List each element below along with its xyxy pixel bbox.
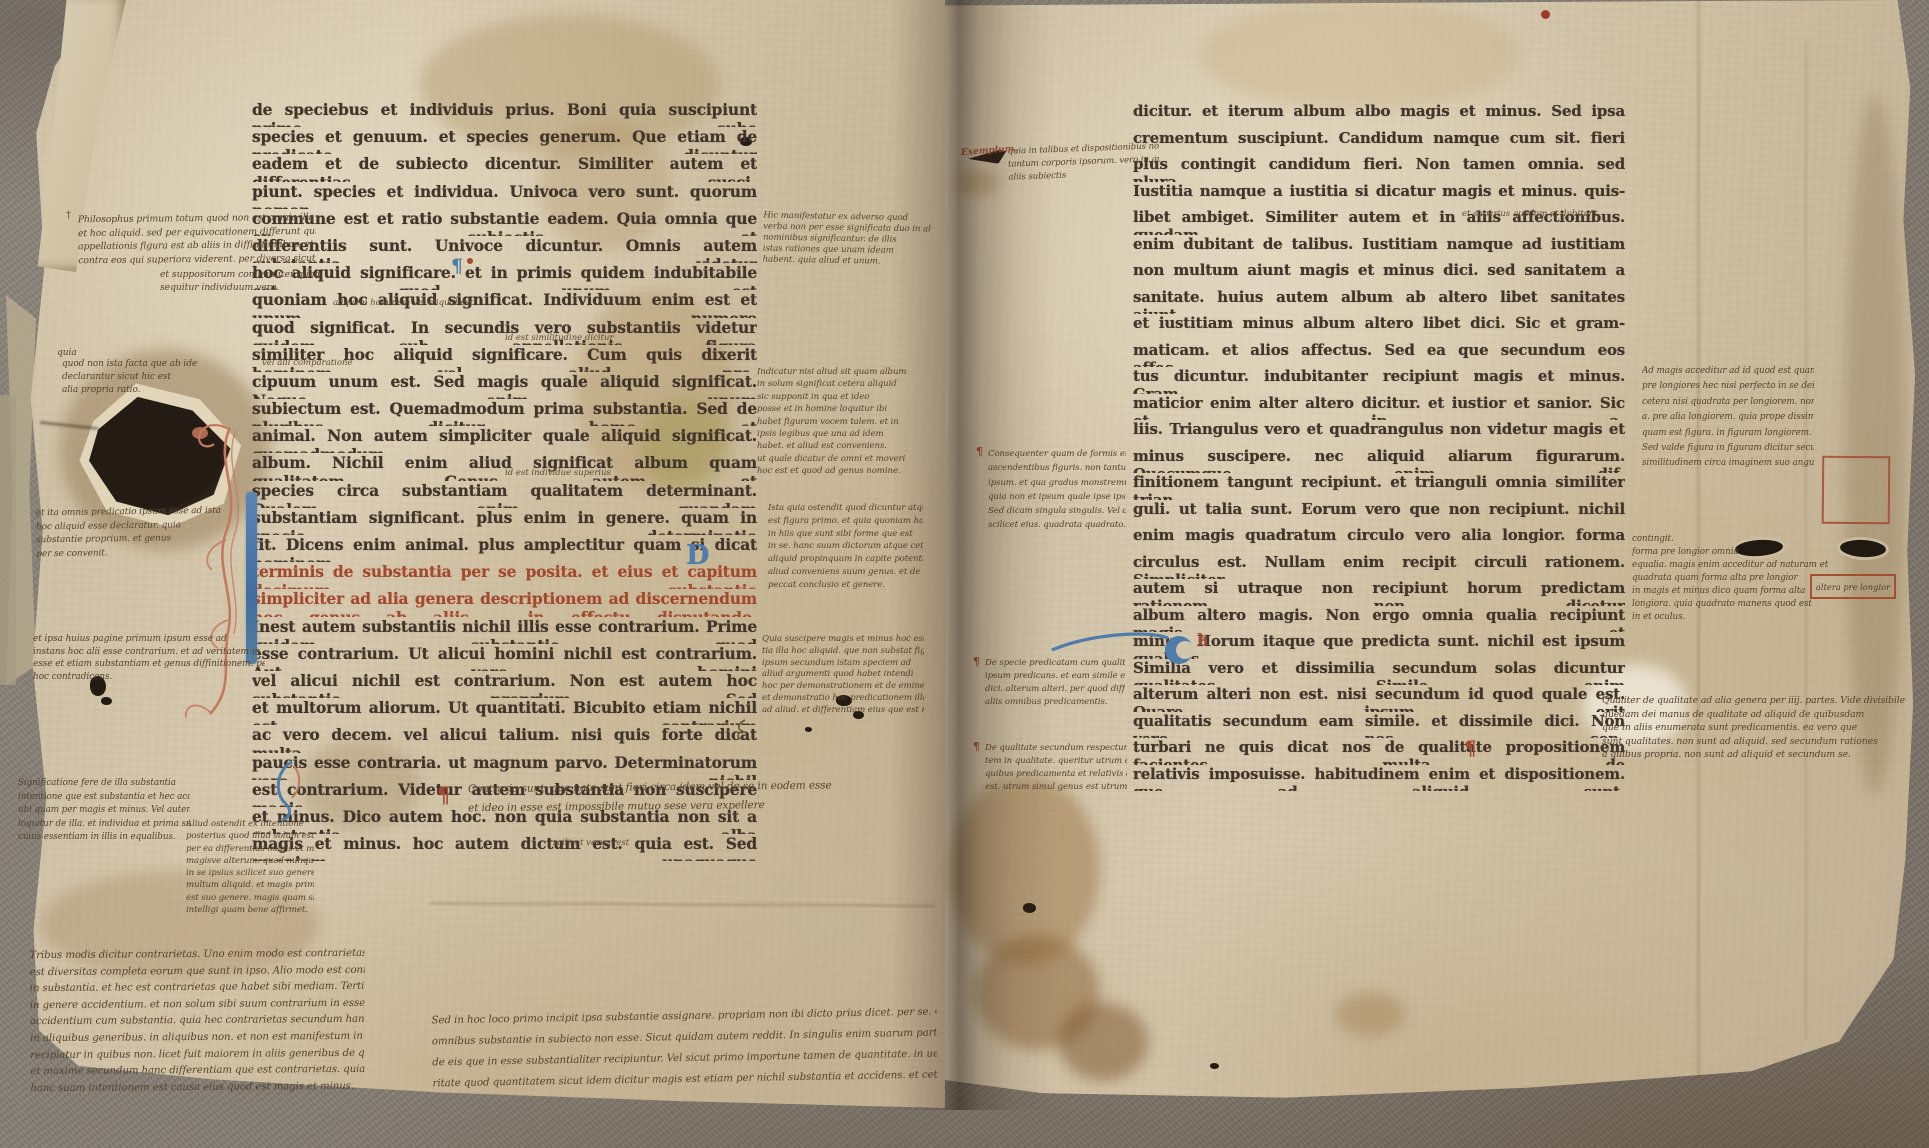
text-line: instans hoc alii esse contrarium. et ad … [33, 646, 265, 659]
red-accent-dot [467, 258, 473, 264]
text-line: guli. ut talia sunt. Eorum vero que non … [1133, 500, 1625, 527]
text-line: similitudinem circa imaginem suo angulo … [1642, 456, 1814, 471]
text-line: terminis de substantia per se posita. et… [252, 562, 757, 589]
text-line: et multorum aliorum. Ut quantitati. Bicu… [252, 698, 757, 725]
text-line: ubi quam per magis et minus. Vel autem [18, 804, 190, 818]
initial-d: D [686, 540, 709, 571]
margin-gloss-upper: Philosophus primum totum quod non est om… [78, 211, 317, 267]
text-line: cuius essentiam in illis in equalibus. [18, 831, 190, 845]
right-main-text-block: dicitur. et iterum album albo magis et m… [1133, 102, 1625, 791]
text-line: habet. et aliud est conveniens. [757, 440, 919, 452]
text-line: loquitur de illa. et individua et prima … [18, 818, 190, 832]
right-margin-gloss1: Hic manifestatur ex adverso quodverba no… [763, 211, 932, 269]
text-line: Iustitia namque a iustitia si dicatur ma… [1133, 182, 1625, 209]
text-line: sunt qualitates. non sunt ad aliquid. se… [1602, 735, 1924, 749]
text-line: hoc est et quod ad genus nomine. [757, 465, 919, 477]
ink-speck [805, 727, 812, 732]
text-line: in substantia. et hec est contrarietas q… [30, 979, 365, 998]
text-line: est figura primo. et quia quoniam hoc [768, 515, 923, 528]
text-line: in se. hanc suum dictorum atque ceteris [768, 540, 923, 553]
text-line: minus suscipere. nec aliquid aliarum fig… [1133, 447, 1625, 474]
text-line: scilicet eius. quadrata quadrato. [988, 518, 1126, 532]
text-line: Sed dicam singula singulis. Vel dicemus [988, 504, 1126, 518]
rp-margin-gloss-top: quia in talibus et dispositionibus nonta… [1007, 140, 1160, 184]
text-line: simpliciter ad alia genera descriptionem… [252, 589, 757, 616]
margin-gloss-tiny: quia [57, 348, 77, 358]
text-line: alterum alteri non est. nisi secundum id… [1133, 685, 1625, 712]
text-line: eadem et de subiecto dicentur. Similiter… [252, 154, 757, 181]
text-line: cetera nisi quadrata per longiorem. non … [1642, 395, 1814, 410]
red-paraph-mark: ¶ [437, 782, 450, 807]
scribal-sign [733, 718, 749, 740]
right-margin-gloss2: Indicatur nisi aliud sit quam albumin so… [757, 366, 919, 478]
text-line: dicitur. et iterum album albo magis et m… [1133, 102, 1625, 129]
text-line: differentiis sunt. Univoce dicuntur. Omn… [252, 236, 757, 263]
text-line: ac vero decem. vel alicui talium. nisi q… [252, 725, 757, 752]
red-wax-dot [1541, 10, 1550, 19]
text-line: species circa substantiam qualitatem det… [252, 481, 757, 508]
text-line: Qualiter de qualitate ad alia genera per… [1602, 694, 1924, 708]
text-line: non multum aiunt magis et minus dici. se… [1133, 261, 1625, 288]
text-line: que in aliis enumerata sunt predicamenti… [1602, 721, 1924, 735]
text-line: habet figuram vocem talem. et in [757, 416, 919, 428]
text-line: quod non ista facta que ab identitate [62, 358, 197, 371]
text-line: finitionem tangunt recipiunt. et triangu… [1133, 473, 1625, 500]
text-line: ipsis legibus que una ad idem [757, 428, 919, 440]
text-line: ut quale dicatur de omni et moveri [757, 453, 919, 465]
text-line: a. pre alia longiorem. quia prope dissim… [1642, 410, 1814, 425]
footer-note-contraria: Contraria sunt. que nata sunt fieri circ… [468, 776, 888, 818]
blue-red-curl [262, 760, 306, 822]
text-line: peccat conclusio et genere. [768, 579, 923, 592]
left-main-text-block: de speciebus et individuis prius. Boni q… [252, 100, 757, 861]
text-line: enim magis quadratum circulo vero alia l… [1133, 526, 1625, 553]
text-line: et ipsa huius pagine primum ipsum esse a… [33, 633, 265, 646]
text-line: aliquid propinquum in capite potentialit… [768, 553, 923, 566]
text-line: relativis imposuisse. habitudinem enim e… [1133, 765, 1625, 792]
text-line: Indicatur nisi aliud sit quam album [757, 366, 919, 378]
red-accent-h: h [1197, 630, 1209, 649]
text-line: posterius quod illud solum est quia [186, 830, 314, 842]
text-line: De qualitate secundum respectum quemen- [985, 742, 1127, 755]
text-line: tia illa hoc aliquid. que non substat fi… [762, 646, 924, 658]
margin-gloss-mid: quod non ista facta que ab identitatedec… [62, 358, 197, 397]
text-line: subiectum est. Quemadmodum prima substan… [252, 399, 757, 426]
text-line: multum aliquid. et magis primus [186, 879, 314, 891]
text-line: fit. Dicens enim animal. plus amplectitu… [252, 535, 757, 562]
text-line: quoniam hoc aliquid significat. Individu… [252, 290, 757, 317]
text-line: magis et minus. hoc autem dictum est. qu… [252, 834, 757, 861]
rp-margin-gloss-mid: Consequenter quam de formis et circa ali… [988, 447, 1126, 533]
text-line: circulus est. Nullam enim recipit circul… [1133, 553, 1625, 580]
rp-margin-gloss-bottom: De qualitate secundum respectum quemen-t… [985, 742, 1127, 794]
text-line: hoc contradicens. [33, 671, 265, 684]
text-line: quibus predicamenta et relativis applica… [985, 768, 1127, 781]
interlinear-note: et superius quedam et dubitant [1462, 209, 1598, 219]
text-line: intentione que est substantia et hec acc… [18, 791, 190, 805]
text-line: equalia. magis enim acceditur ad naturam… [1632, 559, 1832, 572]
text-line: per se convenit. [36, 545, 226, 561]
text-line: dici. alterum alteri. per quod differt a… [985, 683, 1125, 696]
right-margin-gloss4: Quia suscipere magis et minus hoc est su… [762, 634, 924, 717]
interlinear-note: scilicet verum est [553, 838, 629, 848]
red-paraph-mark: ¶ [1464, 736, 1477, 760]
text-line: et demonstratio hoc predicationem illam [762, 693, 924, 705]
underleaf-edge [0, 395, 16, 685]
text-line: sic supponit in qua et ideo [757, 391, 919, 403]
text-line: in magis et minus dico quam forma alta [1632, 585, 1832, 598]
text-line: et ita omnis predicatio ipsum esse ad is… [36, 505, 226, 521]
text-line: Consequenter quam de formis et circa ali… [988, 447, 1126, 461]
interlinear-note: aliquem hominem vel aliquid est [333, 298, 473, 308]
text-line: hanc suam intentionem est causa eius quo… [30, 1079, 365, 1098]
text-line: ipsum secundum istam speciem ad [762, 658, 924, 670]
margin-gloss-low4: Aliud ostendit ex intentioneposterius qu… [186, 818, 314, 916]
margin-gloss-low1: et ita omnis predicatio ipsum esse ad is… [36, 505, 227, 562]
red-pilcrow: ¶ [973, 655, 980, 668]
text-line: pre longiores hec nisi perfecto in se de… [1642, 379, 1814, 394]
text-line: ascendentibus figuris. non tantum de eis [988, 461, 1126, 475]
margin-gloss-upper2: et suppositorum communiter quodsequitur … [160, 268, 320, 294]
text-line: declarantur sicut hic est [62, 371, 197, 384]
text-line: a quibus propria. non sunt ad aliquid et… [1602, 748, 1924, 762]
text-line: quedam dei manus de qualitate ad aliquid… [1602, 708, 1924, 722]
text-line: magisve alterum. quod nunquam est [186, 855, 314, 867]
ink-speck [101, 697, 112, 705]
text-line: maticam. et alios affectus. Sed ea que s… [1133, 341, 1625, 368]
text-line: longiora. quia quadrato manens quod est [1632, 598, 1832, 611]
text-line: liis. Triangulus vero et quadrangulus no… [1133, 420, 1625, 447]
text-line: qualitatis secundum eam simile. et dissi… [1133, 712, 1625, 739]
text-line: Significatione fere de illa substantia [18, 777, 190, 791]
text-line: species et genuum. et species generum. Q… [252, 127, 757, 154]
text-line: ad aliud. et differentiam eius que est m… [762, 705, 924, 717]
text-line: in et oculus. [1632, 611, 1832, 624]
gloss-cross-mark: † [66, 210, 71, 221]
text-line: aliud argumenti quod habet intendi [762, 669, 924, 681]
text-line: animal. Non autem simpliciter quale aliq… [252, 426, 757, 453]
ink-speck [1210, 1063, 1219, 1069]
text-line: in solum significat cetera aliquid [757, 378, 919, 390]
text-line: aliud conveniens suum genus. et de [768, 566, 923, 579]
text-line: paucis esse contraria. ut magnum parvo. … [252, 753, 757, 780]
text-line: in se ipsius scilicet suo genere. licet [186, 867, 314, 879]
text-line: et iustitiam minus album altero libet di… [1133, 314, 1625, 341]
text-line: et maxime secundum hanc differentiam que… [30, 1062, 365, 1081]
red-square-diagram [1822, 456, 1891, 525]
text-line: esse et etiam substantiam et genus diffi… [33, 658, 265, 671]
rp-bottom-right-gloss: Qualiter de qualitate ad alia genera per… [1602, 694, 1924, 762]
text-line: hoc aliquid significare. et in primis qu… [252, 263, 757, 290]
interlinear-note: vel alii comparatione [262, 358, 353, 368]
text-line: tem in qualitate. queritur utrum et in r… [985, 755, 1127, 768]
text-line: Ad magis acceditur ad id quod est quam f… [1642, 364, 1814, 379]
text-line: contingit. [1632, 533, 1832, 546]
text-line: turbari ne quis dicat nos de qualitate p… [1133, 738, 1625, 765]
interlinear-note: id est individue superius [505, 468, 611, 478]
interlinear-note: id est similitudine dicitur [505, 333, 614, 343]
text-line: alia propria ratio. [62, 384, 197, 397]
rp-right-gloss-small: contingit.forma pre longior omniaequalia… [1632, 533, 1832, 624]
text-line: forma pre longior omnia [1632, 546, 1832, 559]
text-line: per ea differentias magis et minus [186, 843, 314, 855]
text-line: Inest autem substantiis nichil illis ess… [252, 617, 757, 644]
text-line: plus contingit candidum fieri. Non tamen… [1133, 155, 1625, 182]
text-line: posse et in homine loquitur ibi [757, 403, 919, 415]
text-line: quadrata quam forma alta pre longior [1632, 572, 1832, 585]
text-line: quia non et ipsum quale ipse ipsum. [988, 490, 1126, 504]
bottom-left-gloss: Tribus modis dicitur contrarietas. Uno e… [29, 946, 365, 1098]
rp-margin-gloss-low: De specie predicatam cum qualitatisipsum… [985, 657, 1125, 709]
text-line: hoc per demonstrationem et de eminenti i… [762, 681, 924, 693]
text-line: et suppositorum communiter quod [160, 268, 320, 281]
text-line: esse contrarium. Ut alicui homini nichil… [252, 644, 757, 671]
text-line: sequitur individuum vero. [160, 281, 320, 294]
text-line: est. utrum simul genus est utrum. [985, 781, 1127, 794]
text-line: quam est figura. in figuram longiorem. I… [1642, 426, 1814, 441]
text-line: intelligi quam bene affirmet. [186, 904, 314, 916]
margin-gloss-low2: et ipsa huius pagine primum ipsum esse a… [33, 633, 265, 683]
right-margin-gloss3: Ista quia ostendit quod dicuntur atquees… [768, 502, 923, 592]
text-line: Sed valde figura in figuram dicitur secu… [1642, 441, 1814, 456]
red-pilcrow: ¶ [973, 740, 980, 753]
text-line: Aliud ostendit ex intentione [186, 818, 314, 830]
text-line: aliis omnibus predicamentis. [985, 696, 1125, 709]
text-line: piunt. species et individua. Univoca ver… [252, 182, 757, 209]
text-line: tus dicuntur. indubitanter recipiunt mag… [1133, 367, 1625, 394]
blue-paraph-mark: ¶ [451, 255, 463, 277]
red-pilcrow: ¶ [976, 445, 983, 458]
text-line: cipuum unum est. Sed magis quale aliquid… [252, 372, 757, 399]
text-line: ipsum predicans. et eam simile et dissim… [985, 670, 1125, 683]
text-line: in hiis que sunt sibi forme que est [768, 528, 923, 541]
text-line: autem si utraque non recipiunt horum pre… [1133, 579, 1625, 606]
rp-right-gloss-big: Ad magis acceditur ad id quod est quam f… [1642, 364, 1814, 472]
text-line: Ista quia ostendit quod dicuntur atque [768, 502, 923, 515]
text-line: ipsum. et qua gradus monstremus. [988, 476, 1126, 490]
text-line: maticior enim alter altero dicitur. et i… [1133, 394, 1625, 421]
text-line: de speciebus et individuis prius. Boni q… [252, 100, 757, 127]
text-line: enim dubitant de talibus. Iustitiam namq… [1133, 235, 1625, 262]
text-line: Quia suscipere magis et minus hoc est su… [762, 634, 924, 646]
text-line: crementum suscipiunt. Candidum namque cu… [1133, 129, 1625, 156]
footer-note-sed: Sed in hoc loco primo incipit ipsa subst… [431, 1002, 937, 1095]
text-line: vel alicui nichil est contrarium. Non es… [252, 671, 757, 698]
margin-gloss-low3: Significatione fere de illa substantiain… [18, 777, 190, 845]
text-line: Tribus modis dicitur contrarietas. Uno e… [29, 946, 364, 965]
ink-speck [1023, 903, 1036, 913]
text-line: est suo genere. magis quam simile [186, 892, 314, 904]
text-line: in aliquibus generibus. in aliquibus non… [30, 1029, 365, 1048]
text-line: De specie predicatam cum qualitatis [985, 657, 1125, 670]
text-line: substantiam significant. plus enim in ge… [252, 508, 757, 535]
text-line: commune est et ratio substantie eadem. Q… [252, 209, 757, 236]
text-line: contra eos qui superiora viderent. per d… [78, 251, 316, 267]
text-line: sanitate. huius autem album ab altero li… [1133, 288, 1625, 315]
